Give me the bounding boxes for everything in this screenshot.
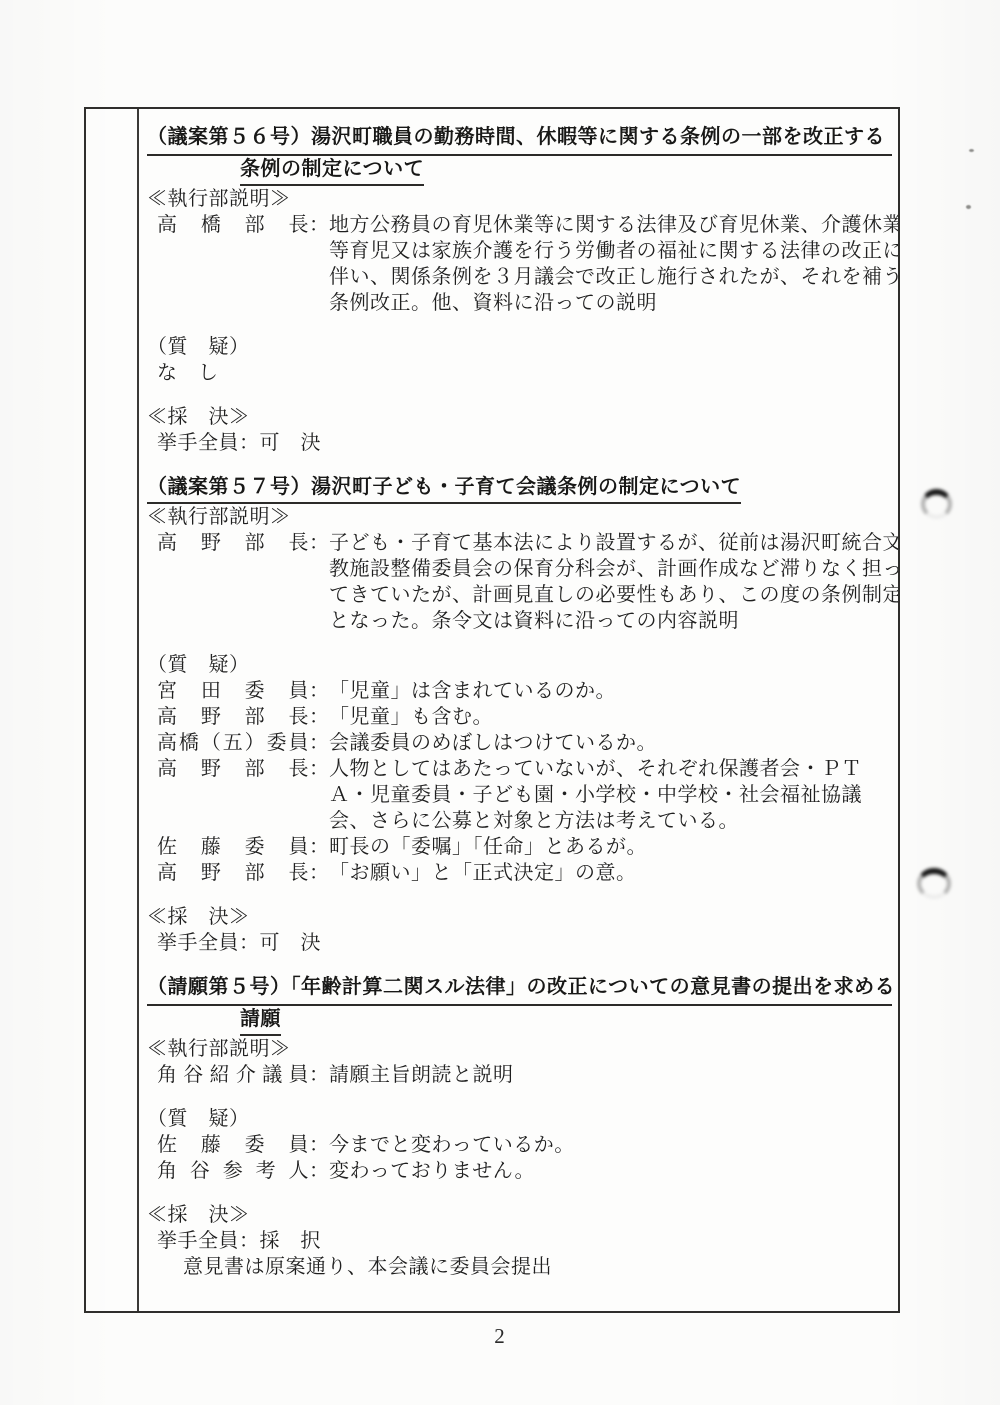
speaker-colon: ： (309, 678, 329, 704)
speaker-colon: ： (309, 730, 329, 756)
speech-text: 地方公務員の育児休業等に関する法律及び育児休業、介護休業 (329, 212, 898, 238)
speaker-name: 高 野 部 長 (157, 530, 309, 556)
underlined-title-text: 請願 (240, 1006, 281, 1036)
statement-line: 意見書は原案通り、本会議に委員会提出 (147, 1254, 892, 1280)
section-header: ≪採 決≫ (147, 904, 892, 930)
speech-text: 人物としてはあたっていないが、それぞれ保護者会・ＰＴ (329, 756, 862, 782)
speaker-name: 高 橋 部 長 (157, 212, 309, 238)
speaker-name: 角谷参考人 (157, 1158, 309, 1184)
blank-line (147, 956, 892, 974)
margin-column (86, 109, 139, 1311)
section-header: ≪採 決≫ (147, 404, 892, 430)
section-title: （議案第５７号）湯沢町子ども・子育て会議条例の制定について (147, 474, 892, 504)
section-header: （質 疑） (147, 1106, 892, 1132)
speaker-name: 宮 田 委 員 (157, 678, 309, 704)
blank-line (147, 316, 892, 334)
blank-line (147, 886, 892, 904)
speech-line: 高 野 部 長：「お願い」と「正式決定」の意。 (147, 860, 892, 886)
blank-line (147, 1088, 892, 1106)
speech-continuation-line: Ａ・児童委員・子ども園・小学校・中学校・社会福祉協議 (147, 782, 892, 808)
speech-line: 佐 藤 委 員：町長の「委嘱」「任命」とあるが。 (147, 834, 892, 860)
speech-line: 高 野 部 長：子ども・子育て基本法により設置するが、従前は湯沢町統合文 (147, 530, 892, 556)
speech-text: 「児童」も含む。 (329, 704, 493, 730)
speaker-name: 佐 藤 委 員 (157, 834, 309, 860)
speech-text: 今までと変わっているか。 (329, 1132, 575, 1158)
speaker-colon: ： (309, 704, 329, 730)
statement-line: 挙手全員：可 決 (147, 430, 892, 456)
underlined-title-text: 条例の制定について (240, 156, 424, 186)
speech-line: 宮 田 委 員：「児童」は含まれているのか。 (147, 678, 892, 704)
speech-text: 町長の「委嘱」「任命」とあるが。 (329, 834, 647, 860)
section-header: ≪執行部説明≫ (147, 504, 892, 530)
speech-text: 「お願い」と「正式決定」の意。 (329, 860, 637, 886)
speech-continuation-line: 条例改正。他、資料に沿っての説明 (147, 290, 892, 316)
statement-line: な し (147, 360, 892, 386)
blank-line (147, 456, 892, 474)
section-header: （質 疑） (147, 334, 892, 360)
speech-line: 角谷紹介議員：請願主旨朗読と説明 (147, 1062, 892, 1088)
speaker-name: 高 野 部 長 (157, 860, 309, 886)
speaker-name: 角谷紹介議員 (157, 1062, 309, 1088)
document-frame: （議案第５６号）湯沢町職員の勤務時間、休暇等に関する条例の一部を改正する条例の制… (84, 107, 900, 1313)
speech-line: 佐 藤 委 員：今までと変わっているか。 (147, 1132, 892, 1158)
speaker-colon: ： (309, 756, 329, 782)
speech-line: 角谷参考人：変わっておりません。 (147, 1158, 892, 1184)
section-title: （議案第５６号）湯沢町職員の勤務時間、休暇等に関する条例の一部を改正する (147, 124, 892, 156)
speech-continuation-line: 教施設整備委員会の保育分科会が、計画作成など滞りなく担っ (147, 556, 892, 582)
page-number: 2 (0, 1324, 1000, 1349)
speech-text: 子ども・子育て基本法により設置するが、従前は湯沢町統合文 (329, 530, 898, 556)
speech-continuation-line: 会、さらに公募と対象と方法は考えている。 (147, 808, 892, 834)
speaker-colon: ： (309, 1158, 329, 1184)
speaker-colon: ： (309, 212, 329, 238)
speech-text: 請願主旨朗読と説明 (329, 1062, 514, 1088)
speaker-name: 高 野 部 長 (157, 756, 309, 782)
speech-continuation-line: てきていたが、計画見直しの必要性もあり、この度の条例制定 (147, 582, 892, 608)
document-content: （議案第５６号）湯沢町職員の勤務時間、休暇等に関する条例の一部を改正する条例の制… (139, 109, 898, 1311)
section-header: ≪採 決≫ (147, 1202, 892, 1228)
speaker-name: 高 野 部 長 (157, 704, 309, 730)
blank-line (147, 1184, 892, 1202)
speech-line: 高 野 部 長：「児童」も含む。 (147, 704, 892, 730)
section-header: （質 疑） (147, 652, 892, 678)
underlined-title-text: （議案第５７号）湯沢町子ども・子育て会議条例の制定について (147, 474, 741, 504)
speech-continuation-line: 等育児又は家族介護を行う労働者の福祉に関する法律の改正に (147, 238, 892, 264)
speaker-colon: ： (309, 1062, 329, 1088)
speaker-name: 佐 藤 委 員 (157, 1132, 309, 1158)
section-title: （請願第５号）「年齢計算二関スル法律」の改正についての意見書の提出を求める (147, 974, 892, 1006)
speech-line: 高橋（五）委員：会議委員のめぼしはつけているか。 (147, 730, 892, 756)
scan-artifact (917, 868, 951, 899)
speaker-colon: ： (309, 834, 329, 860)
speaker-colon: ： (309, 1132, 329, 1158)
scan-speck (966, 205, 971, 209)
blank-line (147, 386, 892, 404)
section-title-continuation: 請願 (147, 1006, 892, 1036)
speech-text: 「児童」は含まれているのか。 (329, 678, 616, 704)
speech-text: 変わっておりません。 (329, 1158, 535, 1184)
scan-speck (969, 149, 974, 152)
statement-line: 挙手全員：採 択 (147, 1228, 892, 1254)
speech-continuation-line: 伴い、関係条例を３月議会で改正し施行されたが、それを補う (147, 264, 892, 290)
speech-text: 会議委員のめぼしはつけているか。 (329, 730, 657, 756)
scan-artifact (921, 489, 952, 519)
speech-line: 高 野 部 長：人物としてはあたっていないが、それぞれ保護者会・ＰＴ (147, 756, 892, 782)
blank-line (147, 634, 892, 652)
speaker-colon: ： (309, 530, 329, 556)
section-title-continuation: 条例の制定について (147, 156, 892, 186)
speaker-name: 高橋（五）委員 (157, 730, 309, 756)
speech-continuation-line: となった。条令文は資料に沿っての内容説明 (147, 608, 892, 634)
statement-line: 挙手全員：可 決 (147, 930, 892, 956)
section-header: ≪執行部説明≫ (147, 1036, 892, 1062)
speech-line: 高 橋 部 長：地方公務員の育児休業等に関する法律及び育児休業、介護休業 (147, 212, 892, 238)
section-header: ≪執行部説明≫ (147, 186, 892, 212)
speaker-colon: ： (309, 860, 329, 886)
